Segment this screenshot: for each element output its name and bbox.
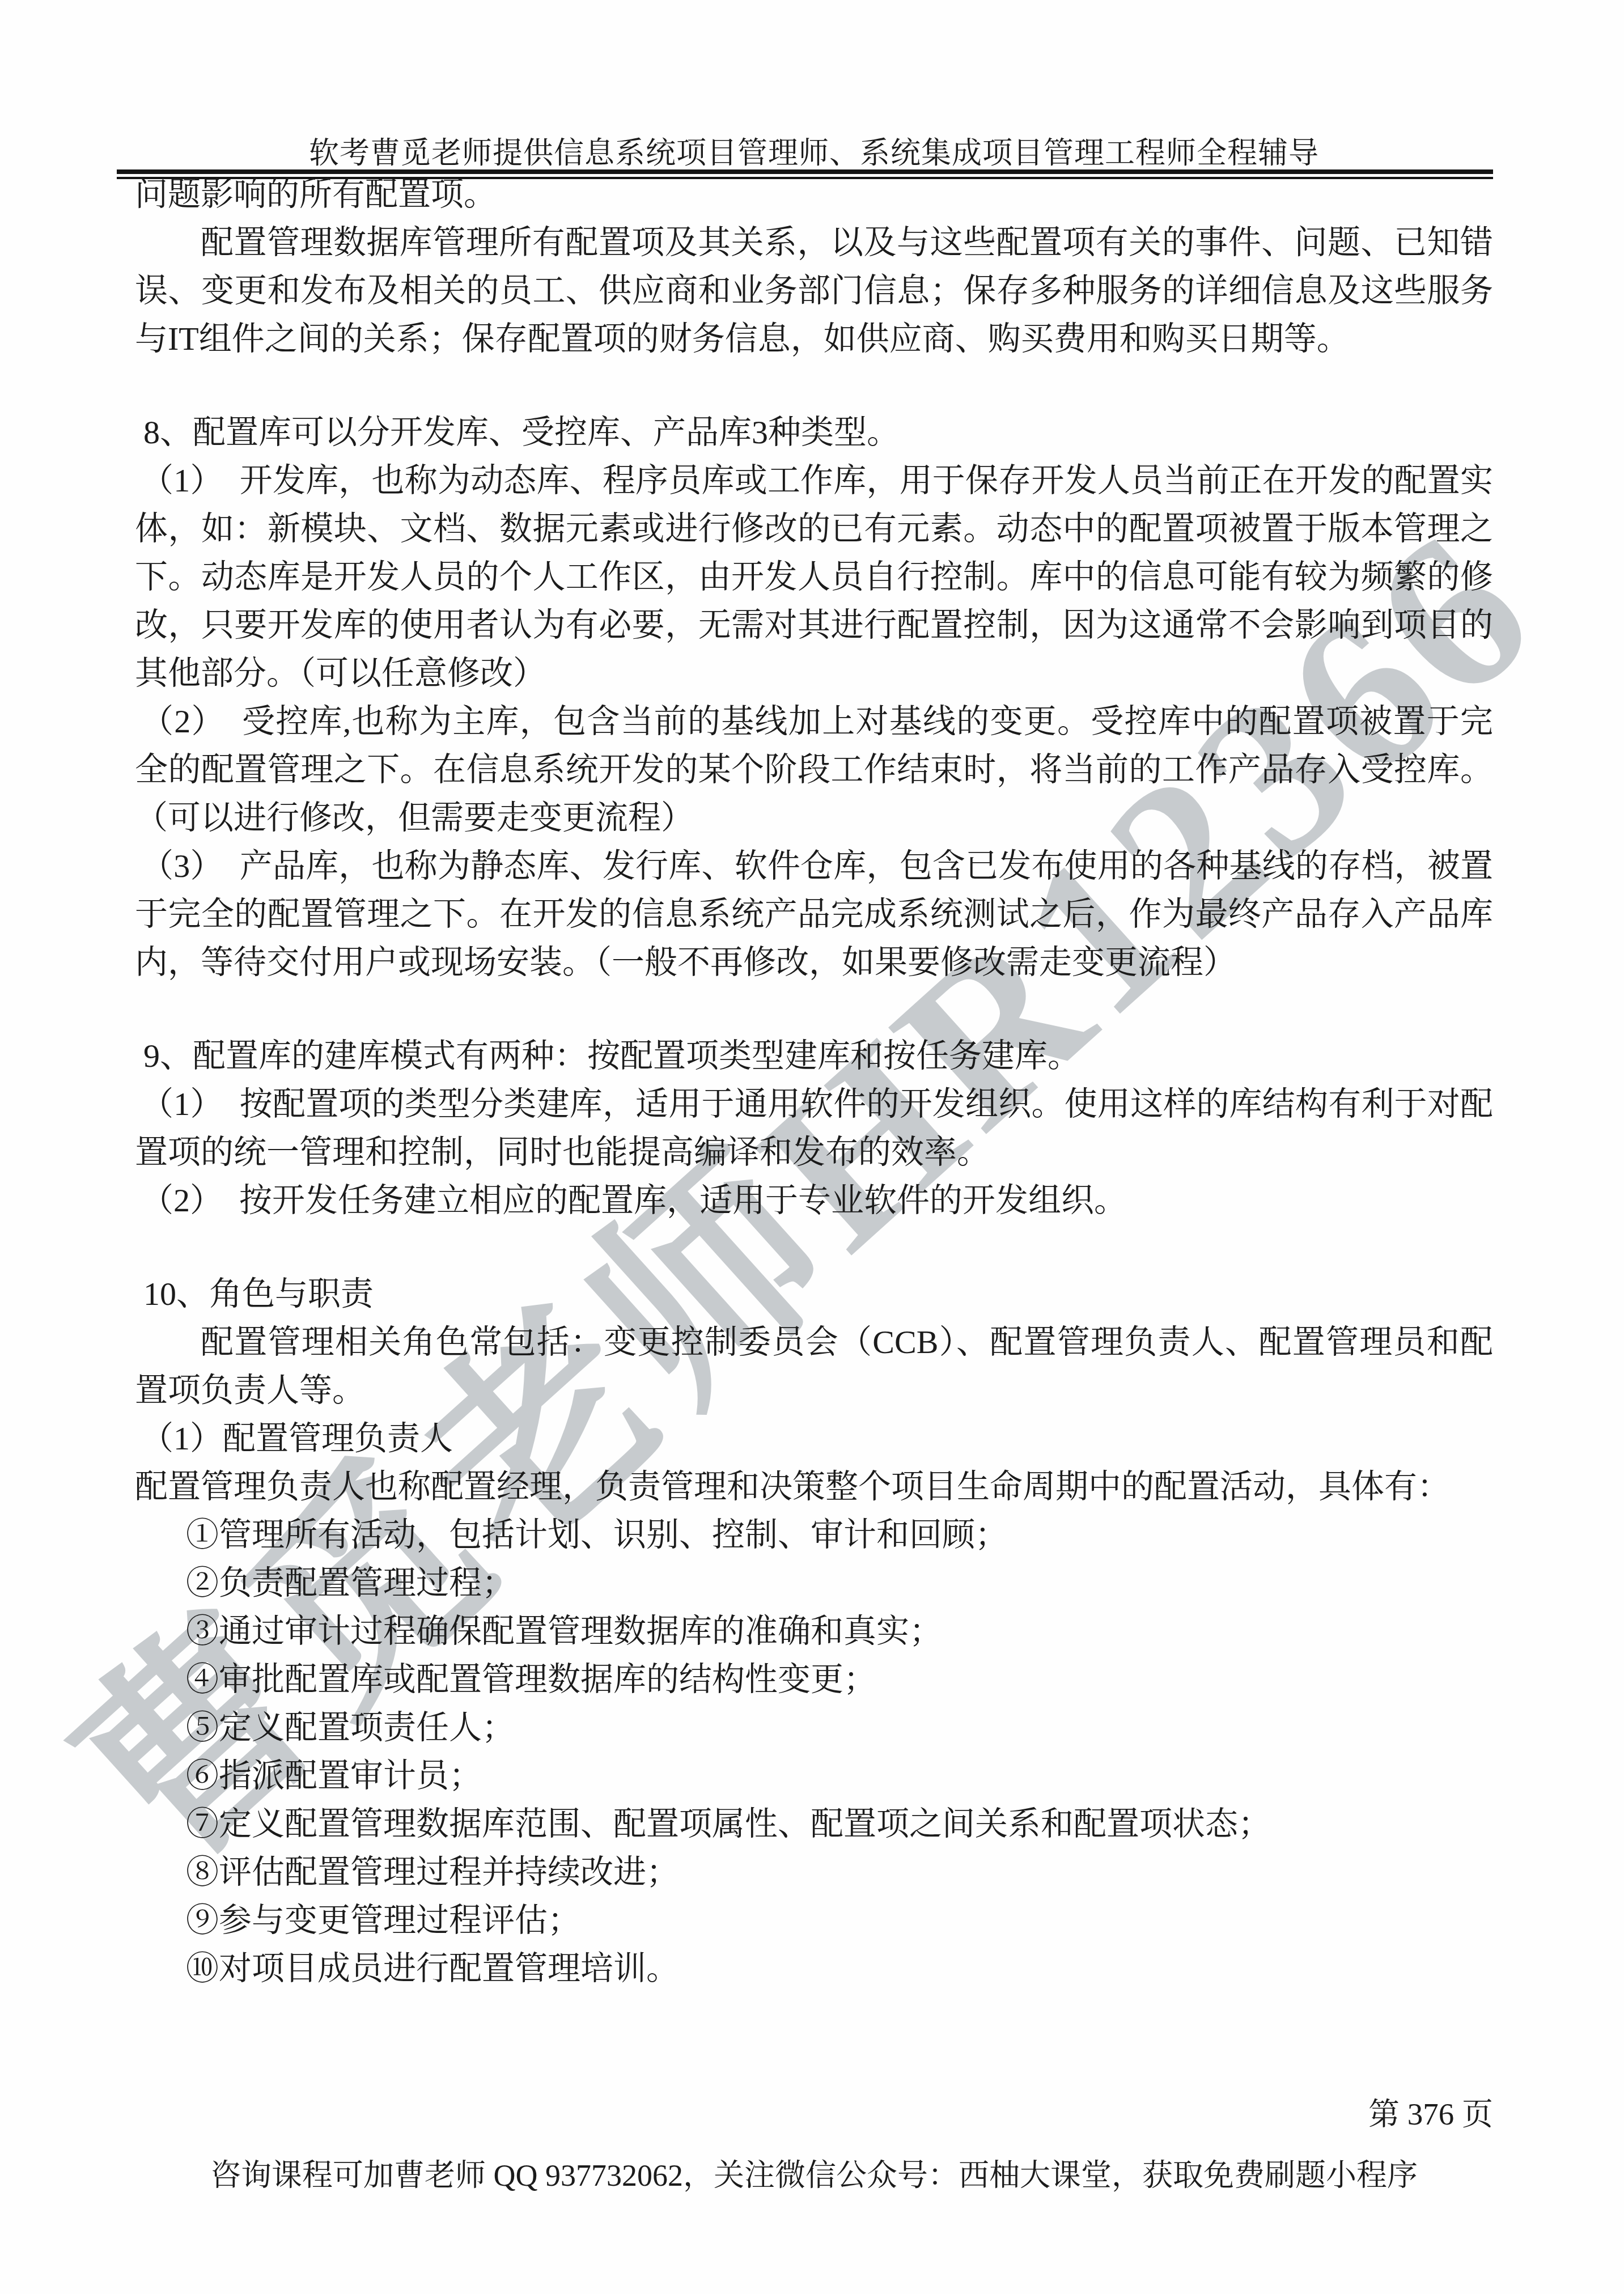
paragraph: ②负责配置管理过程； bbox=[135, 1559, 1493, 1607]
paragraph: 10、角色与职责 bbox=[135, 1270, 1493, 1318]
paragraph: ③通过审计过程确保配置管理数据库的准确和真实； bbox=[135, 1607, 1493, 1655]
paragraph: （1） 开发库，也称为动态库、程序员库或工作库，用于保存开发人员当前正在开发的配… bbox=[135, 456, 1493, 697]
document-page: 曹觅老师HR12366 软考曹觅老师提供信息系统项目管理师、系统集成项目管理工程… bbox=[0, 0, 1624, 2294]
paragraph: （2） 受控库,也称为主库，包含当前的基线加上对基线的变更。受控库中的配置项被置… bbox=[135, 697, 1493, 842]
paragraph: （1） 按配置项的类型分类建库，适用于通用软件的开发组织。使用这样的库结构有利于… bbox=[135, 1080, 1493, 1176]
paragraph: ⑩对项目成员进行配置管理培训。 bbox=[135, 1944, 1493, 1992]
document-body: 问题影响的所有配置项。配置管理数据库管理所有配置项及其关系，以及与这些配置项有关… bbox=[135, 170, 1493, 1992]
paragraph: ⑦定义配置管理数据库范围、配置项属性、配置项之间关系和配置项状态； bbox=[135, 1800, 1493, 1848]
paragraph: ⑨参与变更管理过程评估； bbox=[135, 1896, 1493, 1944]
paragraph: （1）配置管理负责人 bbox=[135, 1414, 1493, 1462]
content-layer: 软考曹觅老师提供信息系统项目管理师、系统集成项目管理工程师全程辅导 问题影响的所… bbox=[0, 0, 1624, 2294]
paragraph: 9、配置库的建库模式有两种：按配置项类型建库和按任务建库。 bbox=[135, 1032, 1493, 1080]
paragraph: 配置管理相关角色常包括：变更控制委员会（CCB）、配置管理负责人、配置管理员和配… bbox=[135, 1318, 1493, 1414]
paragraph: 配置管理数据库管理所有配置项及其关系，以及与这些配置项有关的事件、问题、已知错误… bbox=[135, 218, 1493, 363]
paragraph: （2） 按开发任务建立相应的配置库，适用于专业软件的开发组织。 bbox=[135, 1176, 1493, 1224]
page-header-title: 软考曹觅老师提供信息系统项目管理师、系统集成项目管理工程师全程辅导 bbox=[135, 129, 1493, 172]
paragraph: ①管理所有活动，包括计划、识别、控制、审计和回顾； bbox=[135, 1511, 1493, 1559]
paragraph: 问题影响的所有配置项。 bbox=[135, 170, 1493, 218]
footer-contact-line: 咨询课程可加曹老师 QQ 937732062，关注微信公众号：西柚大课堂，获取免… bbox=[135, 2151, 1493, 2195]
paragraph: ⑧评估配置管理过程并持续改进； bbox=[135, 1848, 1493, 1896]
paragraph: ④审批配置库或配置管理数据库的结构性变更； bbox=[135, 1655, 1493, 1703]
paragraph: ⑥指派配置审计员； bbox=[135, 1752, 1493, 1800]
paragraph: （3） 产品库，也称为静态库、发行库、软件仓库，包含已发布使用的各种基线的存档，… bbox=[135, 842, 1493, 986]
page-number: 第 376 页 bbox=[135, 2089, 1493, 2134]
paragraph: ⑤定义配置项责任人； bbox=[135, 1703, 1493, 1752]
paragraph: 8、配置库可以分开发库、受控库、产品库3种类型。 bbox=[135, 408, 1493, 456]
paragraph: 配置管理负责人也称配置经理，负责管理和决策整个项目生命周期中的配置活动，具体有： bbox=[135, 1462, 1493, 1511]
